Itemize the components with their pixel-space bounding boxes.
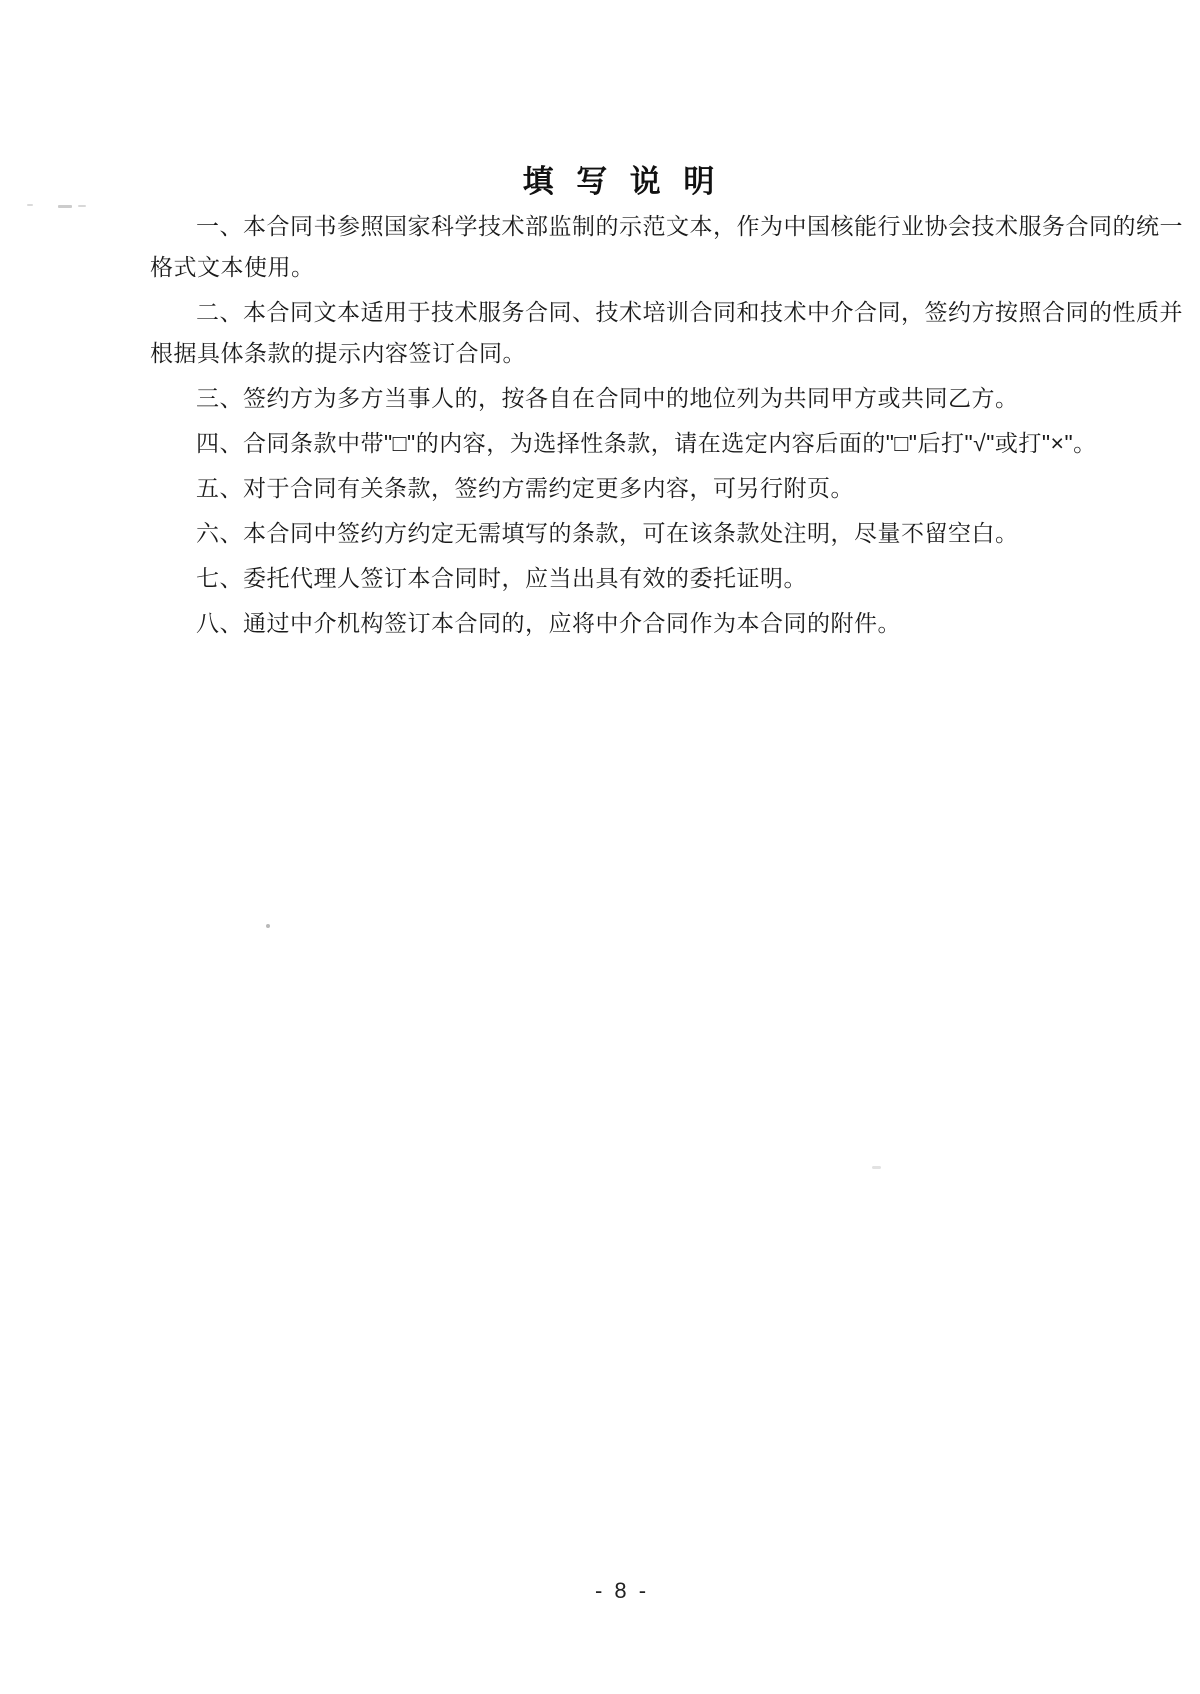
- text-line: 根据具体条款的提示内容签订合同。: [150, 333, 1050, 374]
- instruction-item-5: 五、对于合同有关条款，签约方需约定更多内容，可另行附页。: [150, 468, 1050, 509]
- text-line: 八、通过中介机构签订本合同的，应将中介合同作为本合同的附件。: [150, 603, 1050, 644]
- text-line: 一、本合同书参照国家科学技术部监制的示范文本，作为中国核能行业协会技术服务合同的…: [150, 206, 1050, 247]
- text-line: 三、签约方为多方当事人的，按各自在合同中的地位列为共同甲方或共同乙方。: [150, 378, 1050, 419]
- page-number: - 8 -: [22, 1578, 1200, 1604]
- text-line: 五、对于合同有关条款，签约方需约定更多内容，可另行附页。: [150, 468, 1050, 509]
- scan-artifact: [266, 924, 270, 928]
- page-title: 填 写 说 明: [22, 0, 1200, 204]
- instruction-item-8: 八、通过中介机构签订本合同的，应将中介合同作为本合同的附件。: [150, 603, 1050, 644]
- instruction-item-7: 七、委托代理人签订本合同时，应当出具有效的委托证明。: [150, 558, 1050, 599]
- instruction-item-6: 六、本合同中签约方约定无需填写的条款，可在该条款处注明，尽量不留空白。: [150, 513, 1050, 554]
- text-line: 七、委托代理人签订本合同时，应当出具有效的委托证明。: [150, 558, 1050, 599]
- instruction-item-4: 四、合同条款中带"□"的内容，为选择性条款，请在选定内容后面的"□"后打"√"或…: [150, 423, 1050, 464]
- text-line: 四、合同条款中带"□"的内容，为选择性条款，请在选定内容后面的"□"后打"√"或…: [150, 423, 1050, 464]
- text-line: 六、本合同中签约方约定无需填写的条款，可在该条款处注明，尽量不留空白。: [150, 513, 1050, 554]
- instruction-item-1: 一、本合同书参照国家科学技术部监制的示范文本，作为中国核能行业协会技术服务合同的…: [150, 206, 1050, 288]
- instructions-body: 一、本合同书参照国家科学技术部监制的示范文本，作为中国核能行业协会技术服务合同的…: [150, 206, 1050, 644]
- text-line: 格式文本使用。: [150, 247, 1050, 288]
- text-line: 二、本合同文本适用于技术服务合同、技术培训合同和技术中介合同，签约方按照合同的性…: [150, 292, 1050, 333]
- scan-artifact: [27, 204, 33, 206]
- instruction-item-2: 二、本合同文本适用于技术服务合同、技术培训合同和技术中介合同，签约方按照合同的性…: [150, 292, 1050, 374]
- scan-artifact: [58, 205, 72, 208]
- scan-artifact: [78, 205, 86, 207]
- instruction-item-3: 三、签约方为多方当事人的，按各自在合同中的地位列为共同甲方或共同乙方。: [150, 378, 1050, 419]
- scan-artifact: [872, 1166, 881, 1169]
- scan-artifact: [748, 522, 751, 525]
